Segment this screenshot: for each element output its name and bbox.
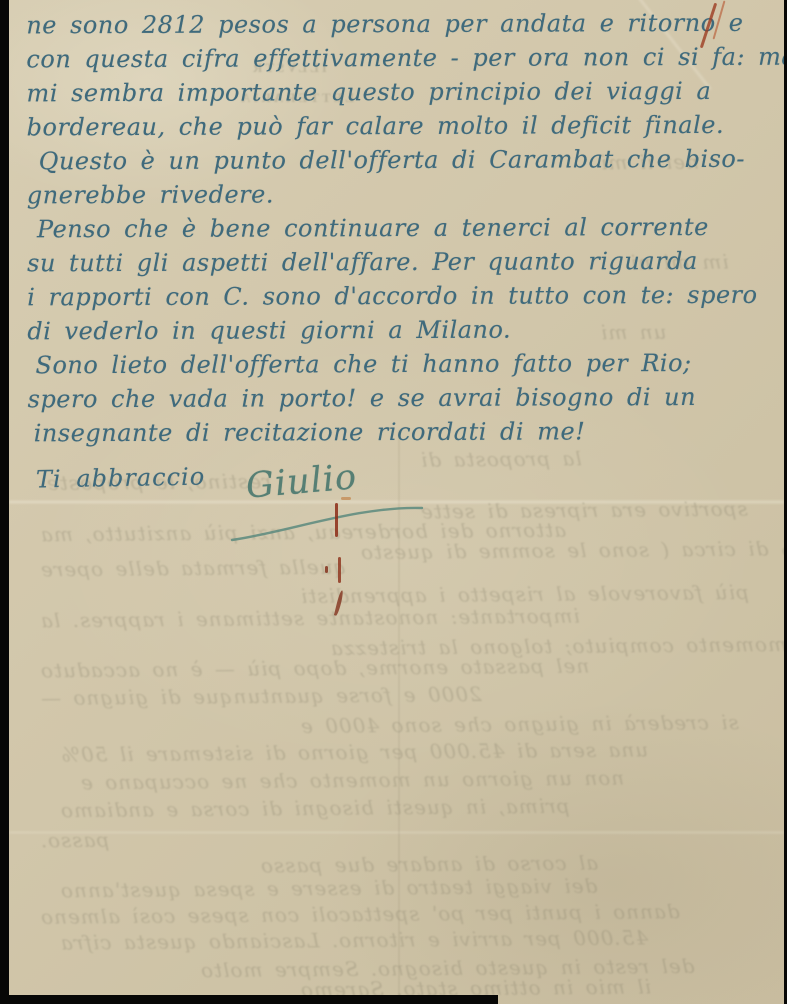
letter-line: Penso che è bene continuare a tenerci al… [27, 210, 779, 247]
letter-body: ne sono 2812 pesos a persona per andata … [26, 6, 780, 451]
letter-line: Questo è un punto dell'offerta di Caramb… [27, 142, 779, 179]
letter-line: mi sembra importante questo principio de… [26, 74, 778, 111]
letter-line: spero che vada in porto! e se avrai biso… [28, 380, 780, 417]
letter-line: su tutti gli aspetti dell'affare. Per qu… [27, 244, 779, 281]
letter-line: gnerebbe rivedere. [27, 176, 779, 213]
letter-line: i rapporti con C. sono d'accordo in tutt… [27, 278, 779, 315]
letter-line: bordereau, che può far calare molto il d… [27, 108, 779, 145]
letter-line: di vederlo in questi giorni a Milano. [27, 312, 779, 349]
scan-edge-left [0, 0, 9, 1004]
letter-line: Sono lieto dell'offerta che ti hanno fat… [27, 346, 779, 383]
scanned-letter-page: { "scan": { "paper_color": "#d0c5a9", "e… [0, 0, 787, 1004]
scan-edge-bottom [9, 995, 498, 1004]
letter-line: ne sono 2812 pesos a persona per andata … [26, 6, 778, 43]
letter-line: insegnante di recitazione ricordati di m… [28, 414, 780, 451]
closing-line: Ti abbraccio [36, 463, 206, 494]
letter-line: con questa cifra effettivamente - per or… [26, 40, 778, 77]
